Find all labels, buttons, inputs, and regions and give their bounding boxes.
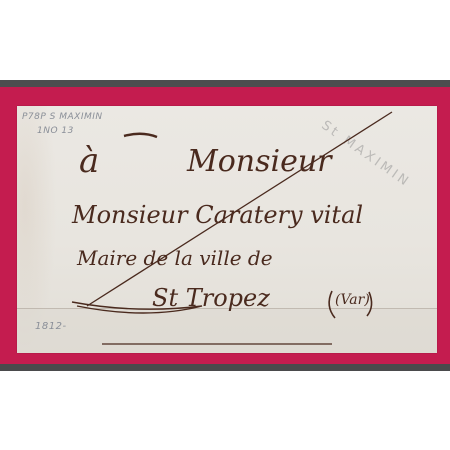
address-department: (Var) <box>335 292 370 308</box>
address-prefix: à <box>79 141 99 181</box>
address-name: Monsieur Caratery vital <box>72 201 363 229</box>
frame-top-bar <box>0 80 450 87</box>
letter-paper: P78P S MAXIMIN 1NO 13 1812- St MAXIMIN à… <box>17 106 437 353</box>
address-salutation: Monsieur <box>187 144 332 179</box>
frame-bottom-bar <box>0 364 450 371</box>
address-town: St Tropez <box>152 284 270 312</box>
address-title: Maire de la ville de <box>77 246 273 270</box>
